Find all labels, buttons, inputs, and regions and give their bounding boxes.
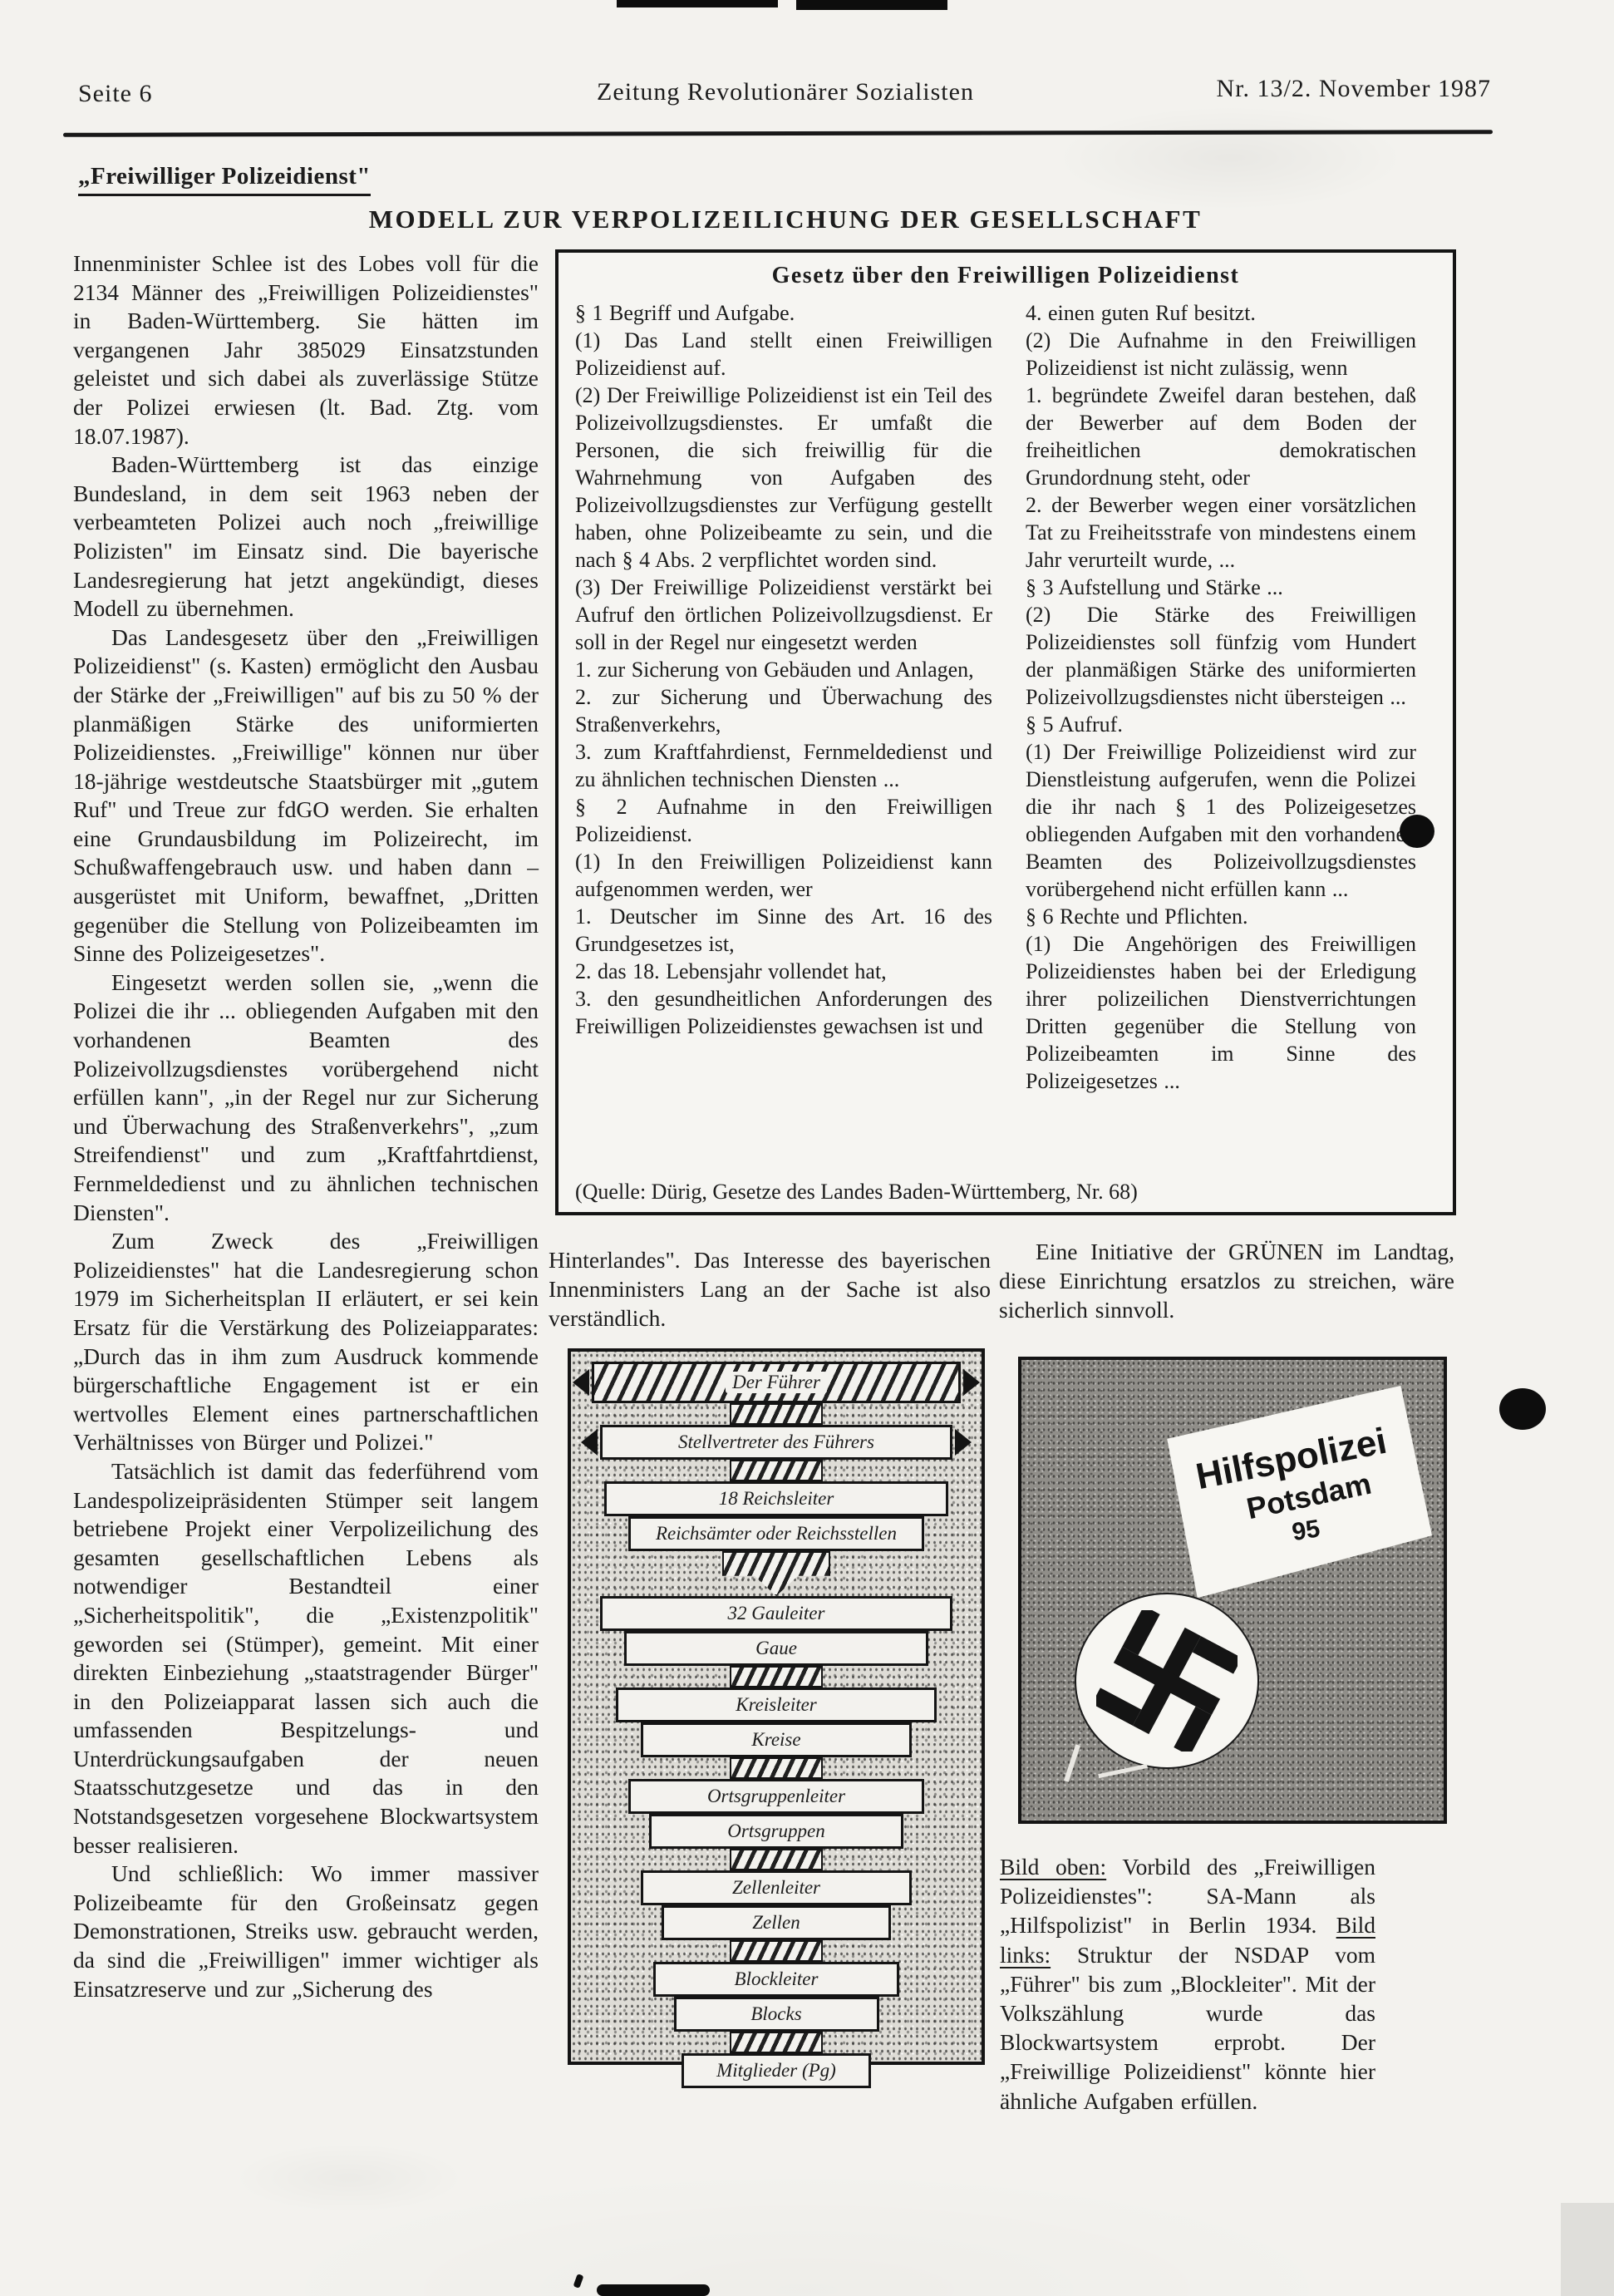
diagram-bar: Reichsämter oder Reichsstellen [628,1516,924,1551]
hilfspolizei-sign: Hilfspolizei Potsdam 95 [1157,1384,1436,1599]
paragraph: 2. der Bewerber wegen einer vorsätzliche… [1026,491,1416,574]
diagram-rows: Der FührerStellvertreter des Führers18 R… [571,1352,982,2062]
caption-label: Bild oben: [1000,1854,1106,1880]
caption-text: Bild oben: Vorbild des „Freiwilligen Pol… [1000,1852,1375,2116]
sign-line: 95 [1290,1515,1321,1547]
kicker: „Freiwilliger Polizeidienst" [78,163,371,196]
paragraph: Das Landesgesetz über den „Freiwilligen … [73,623,539,968]
photo-scratch [1098,1764,1148,1778]
paragraph: § 5 Aufruf. [1026,711,1416,738]
photo-caption: Bild oben: Vorbild des „Freiwilligen Pol… [1000,1852,1375,2116]
diagram-bar: 18 Reichsleiter [604,1481,949,1516]
diagram-bar: Ortsgruppen [649,1814,903,1849]
paragraph: (2) Die Stärke des Freiwilligen Polizeid… [1026,601,1416,711]
diagram-connector [730,1757,823,1779]
diagram-bar: Gaue [624,1631,928,1666]
scan-artifact [617,0,778,7]
scan-artifact [573,2274,584,2289]
continuation-paragraph: Hinterlandes". Das Interesse des bayeris… [549,1245,991,1333]
diagram-connector [730,2032,823,2053]
paragraph: (1) Die Angehörigen des Freiwilligen Pol… [1026,930,1416,1095]
paragraph: 3. den gesundheitlichen Anforderungen de… [575,985,992,1040]
paragraph: Innenminister Schlee ist des Lobes voll … [73,249,539,451]
paragraph: (1) Der Freiwillige Polizeidienst wird z… [1026,738,1416,903]
diagram-bar-label: Zellen [745,1912,807,1934]
paragraph: 2. zur Sicherung und Überwachung des Str… [575,683,992,738]
diagram-bar-label: Reichsämter oder Reichsstellen [649,1523,903,1545]
armband [1076,1594,1257,1767]
diagram-bar: Blockleiter [653,1962,899,1997]
paragraph: (1) Das Land stellt einen Freiwilligen P… [575,327,992,382]
diagram-connector [730,1460,823,1481]
diagram-bar: Der Führer [592,1362,962,1403]
diagram-connector [730,1403,823,1425]
diagram-bar-label: Blockleiter [728,1968,825,1990]
paragraph: 1. begründete Zweifel daran bestehen, da… [1026,382,1416,491]
historical-photo: Hilfspolizei Potsdam 95 [1018,1357,1447,1824]
law-box-title: Gesetz über den Freiwilligen Polizeidien… [567,263,1444,289]
caption-segment: Struktur der NSDAP vom „Führer" bis zum … [1000,1942,1375,2114]
scan-artifact [597,2284,710,2296]
diagram-connector [730,1940,823,1962]
paragraph: § 1 Begriff und Aufgabe. [575,299,992,327]
diagram-bar: Ortsgruppenleiter [628,1779,924,1814]
diagram-bar-label: Mitglieder (Pg) [710,2060,843,2082]
diagram-bar-label: Ortsgruppenleiter [701,1786,852,1807]
law-box-columns: § 1 Begriff und Aufgabe.(1) Das Land ste… [559,294,1453,1095]
scan-artifact [796,0,947,10]
diagram-bar-label: Kreisleiter [729,1694,824,1716]
photo-scratch [1064,1744,1080,1782]
diagram-bar-label: Stellvertreter des Führers [672,1431,881,1453]
paragraph: § 6 Rechte und Pflichten. [1026,903,1416,930]
diagram-bar-label: Kreise [745,1729,807,1751]
diagram-connector [730,1666,823,1688]
article-column: Innenminister Schlee ist des Lobes voll … [73,249,539,2003]
diagram-connector [722,1551,830,1596]
paragraph: Zum Zweck des „Freiwilligen Polizeidiens… [73,1227,539,1457]
paragraph: Hinterlandes". Das Interesse des bayeris… [549,1245,991,1333]
diagram-bar: Zellen [662,1905,892,1940]
paragraph: 1. Deutscher im Sinne des Art. 16 des Gr… [575,903,992,958]
paragraph: § 3 Aufstellung und Stärke ... [1026,574,1416,601]
swastika-icon [1096,1610,1238,1752]
paragraph: 1. zur Sicherung von Gebäuden und Anlage… [575,656,992,683]
diagram-bar: Stellvertreter des Führers [600,1425,953,1460]
law-column-right: 4. einen guten Ruf besitzt.(2) Die Aufna… [1026,299,1416,1095]
diagram-bar: 32 Gauleiter [600,1596,953,1631]
paragraph: (1) In den Freiwilligen Polizeidienst ka… [575,848,992,903]
diagram-bar: Mitglieder (Pg) [682,2053,870,2088]
paragraph: Baden-Württemberg ist das einzige Bundes… [73,451,539,623]
paragraph: (2) Der Freiwillige Polizeidienst ist ei… [575,382,992,574]
diagram-bar-label: 32 Gauleiter [721,1603,832,1624]
newspaper-page: Seite 6 Zeitung Revolutionärer Sozialist… [0,0,1614,2296]
paragraph: Eine Initiative der GRÜNEN im Landtag, d… [999,1237,1454,1324]
diagram-bar-label: Gaue [749,1638,804,1659]
paragraph: 4. einen guten Ruf besitzt. [1026,299,1416,327]
diagram-connector [730,1849,823,1870]
paragraph: 2. das 18. Lebensjahr vollendet hat, [575,958,992,985]
scan-artifact [1561,2203,1614,2296]
law-source: (Quelle: Dürig, Gesetze des Landes Baden… [575,1179,1431,1205]
paragraph: 3. zum Kraftfahrdienst, Fernmeldedienst … [575,738,992,793]
gruene-initiative-paragraph: Eine Initiative der GRÜNEN im Landtag, d… [999,1237,1454,1324]
issue-date: Nr. 13/2. November 1987 [1217,75,1491,103]
paragraph: (2) Die Aufnahme in den Freiwilligen Pol… [1026,327,1416,382]
diagram-bar: Blocks [674,1997,879,2032]
diagram-bar: Zellenleiter [641,1870,912,1905]
header-rule [63,130,1493,137]
article-headline: MODELL ZUR VERPOLIZEILICHUNG DER GESELLS… [66,204,1504,234]
diagram-bar-label: Der Führer [726,1372,827,1393]
punch-hole [1499,1388,1546,1430]
paragraph: § 2 Aufnahme in den Freiwilligen Polizei… [575,793,992,848]
diagram-bar-label: Ortsgruppen [721,1821,832,1842]
paragraph: Und schließlich: Wo immer massiver Poliz… [73,1860,539,2003]
law-box: Gesetz über den Freiwilligen Polizeidien… [555,249,1456,1215]
paragraph: Tatsächlich ist damit das federführend v… [73,1457,539,1860]
law-column-left: § 1 Begriff und Aufgabe.(1) Das Land ste… [575,299,992,1095]
nsdap-structure-diagram: Der FührerStellvertreter des Führers18 R… [568,1348,985,2065]
paragraph: (3) Der Freiwillige Polizeidienst verstä… [575,574,992,656]
diagram-bar: Kreise [641,1722,912,1757]
punch-hole [1400,815,1434,848]
diagram-bar-label: Zellenleiter [726,1877,827,1899]
diagram-bar-label: 18 Reichsleiter [712,1488,841,1510]
diagram-bar-label: Blocks [744,2003,808,2025]
paragraph: Eingesetzt werden sollen sie, „wenn die … [73,968,539,1227]
diagram-bar: Kreisleiter [616,1688,936,1722]
